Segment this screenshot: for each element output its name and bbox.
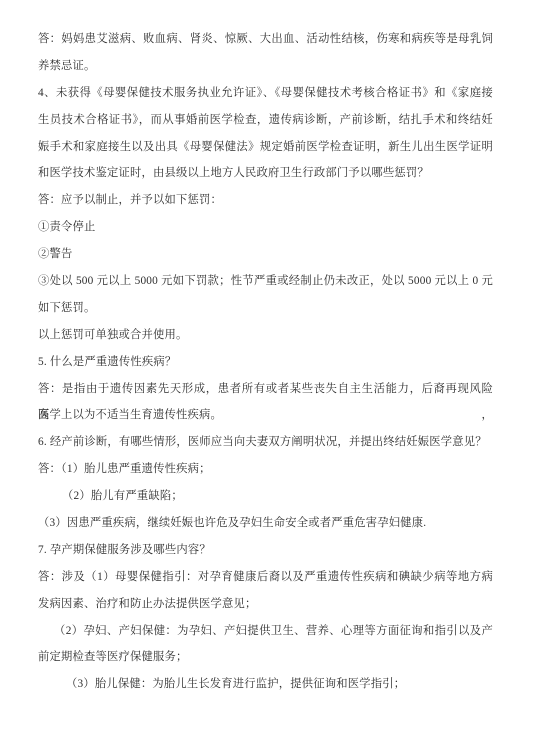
doc-line: 4、未获得《母婴保健技术服务执业允许证》、《母婴保健技术考核合格证书》和《家庭接 bbox=[38, 80, 493, 107]
doc-line: 答：是指由于遗传因素先天形成，患者所有或者某些丧失自主生活能力，后裔再现风险高， bbox=[38, 376, 493, 403]
doc-line: 发病因素、治疗和防止办法提供医学意见； bbox=[38, 591, 493, 618]
doc-line: ③处以 500 元以上 5000 元如下罚款；性节严重或经制止仍未改正，处以 5… bbox=[38, 268, 493, 295]
doc-line: 答：涉及（1）母婴保健指引：对孕育健康后裔以及严重遗传性疾病和碘缺少病等地方病 bbox=[38, 564, 493, 591]
doc-line: 答：（1）胎儿患严重遗传性疾病； bbox=[38, 456, 493, 483]
doc-line: ②警告 bbox=[38, 241, 493, 268]
doc-line: 6. 经产前诊断，有哪些情形，医师应当向夫妻双方阐明状况，并提出终结妊娠医学意见… bbox=[38, 429, 493, 456]
doc-line: 生员技术合格证书》，而从事婚前医学检查，遗传病诊断，产前诊断，结扎手术和终结妊 bbox=[38, 107, 493, 134]
doc-line: ①责令停止 bbox=[38, 214, 493, 241]
doc-line: （2）胎儿有严重缺陷； bbox=[38, 483, 493, 510]
doc-line: 养禁忌证。 bbox=[38, 53, 493, 80]
doc-line: 7. 孕产期保健服务涉及哪些内容？ bbox=[38, 537, 493, 564]
doc-line: （2）孕妇、产妇保健：为孕妇、产妇提供卫生、营养、心理等方面征询和指引以及产 bbox=[38, 618, 493, 645]
doc-line: 和医学技术鉴定证时，由县级以上地方人民政府卫生行政部门予以哪些惩罚？ bbox=[38, 160, 493, 187]
doc-line: （3）胎儿保健：为胎儿生长发育进行监护，提供征询和医学指引； bbox=[38, 671, 493, 698]
doc-line: 如下惩罚。 bbox=[38, 295, 493, 322]
doc-line: 前定期检查等医疗保健服务； bbox=[38, 644, 493, 671]
doc-line: 5. 什么是严重遗传性疾病？ bbox=[38, 349, 493, 376]
doc-line: （3）因患严重疾病，继续妊娠也许危及孕妇生命安全或者严重危害孕妇健康. bbox=[38, 510, 493, 537]
doc-line: 娠手术和家庭接生以及出具《母婴保健法》规定婚前医学检查证明，新生儿出生医学证明 bbox=[38, 134, 493, 161]
document-page: 答：妈妈患艾滋病、败血病、肾炎、惊厥、大出血、活动性结核，伤寒和病疾等是母乳饲 … bbox=[0, 0, 533, 740]
doc-line: 以上惩罚可单独或合并使用。 bbox=[38, 322, 493, 349]
doc-line: 答：应予以制止，并予以如下惩罚： bbox=[38, 187, 493, 214]
doc-line: 答：妈妈患艾滋病、败血病、肾炎、惊厥、大出血、活动性结核，伤寒和病疾等是母乳饲 bbox=[38, 26, 493, 53]
